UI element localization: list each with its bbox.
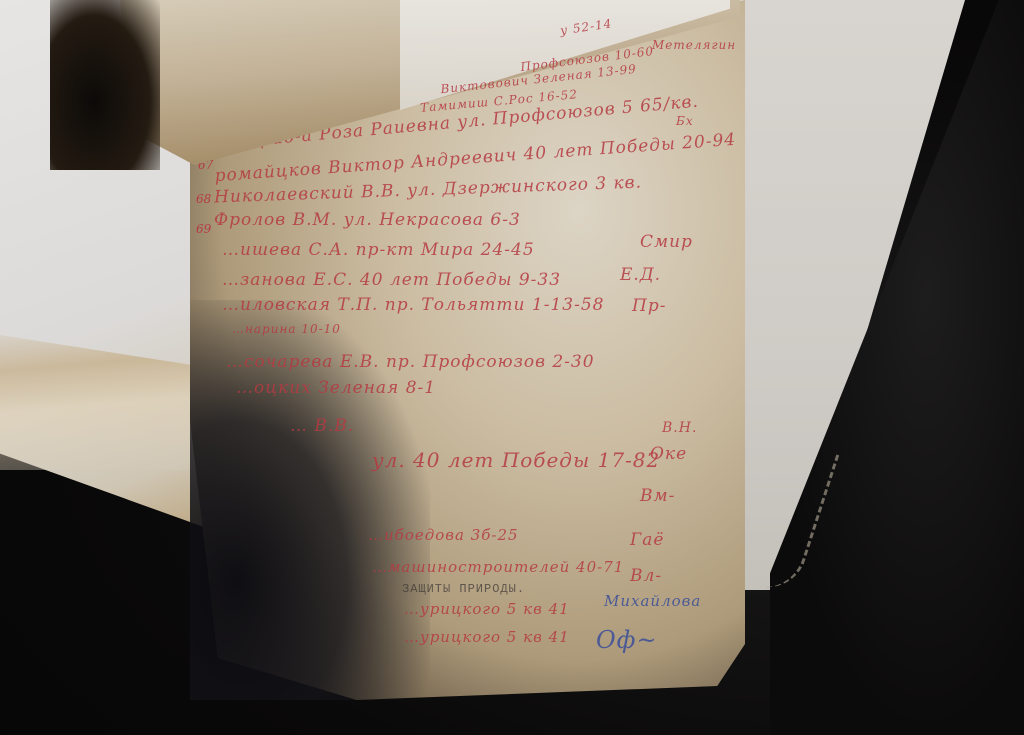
- typed-heading: ЗАЩИТЫ ПРИРОДЫ.: [402, 582, 525, 596]
- entry-line: …ишева С.А. пр-кт Мира 24-45: [222, 240, 535, 260]
- curl-burn-edge: [50, 0, 160, 170]
- signature: Вм-: [640, 486, 675, 506]
- entry-line: …ибоедова 3б-25: [368, 526, 519, 544]
- signature: Гаё: [630, 530, 664, 550]
- entry-line: …иловская Т.П. пр. Тольятти 1-13-58: [222, 295, 604, 315]
- curl-signature: Бх: [676, 114, 694, 128]
- curl-signature: Метелягин: [652, 38, 736, 52]
- signature-blue: Оф~: [596, 626, 658, 654]
- entry-line: …машиностроителей 40-71: [372, 558, 624, 576]
- signature: Смир: [640, 232, 693, 252]
- entry-line: …урицкого 5 кв 41: [404, 628, 570, 646]
- signature: В.Н.: [662, 420, 697, 436]
- entry-line: … В.В.: [290, 416, 354, 436]
- entry-index: 69: [196, 222, 211, 236]
- entry-index: 68: [196, 192, 211, 206]
- entry-line: …урицкого 5 кв 41: [404, 600, 570, 618]
- entry-line: …сочарева Е.В. пр. Профсоюзов 2-30: [226, 352, 595, 372]
- signature: Пр-: [632, 296, 666, 316]
- signature-blue: Михайлова: [604, 592, 701, 610]
- entry-line: …нарина 10-10: [232, 322, 341, 336]
- signature: Оке: [650, 444, 687, 464]
- burned-document-photo: …ариб-а Роза Раиевна ул. Профсоюзов 5 65…: [0, 0, 1024, 735]
- entry-line: …оцких Зеленая 8-1: [236, 378, 436, 398]
- entry-line: ул. 40 лет Победы 17-82: [372, 448, 660, 472]
- signature: Е.Д.: [620, 265, 661, 285]
- entry-line: Фролов В.М. ул. Некрасова 6-3: [214, 210, 521, 230]
- entry-line: …занова Е.С. 40 лет Победы 9-33: [222, 270, 561, 290]
- signature: Вл-: [630, 566, 662, 586]
